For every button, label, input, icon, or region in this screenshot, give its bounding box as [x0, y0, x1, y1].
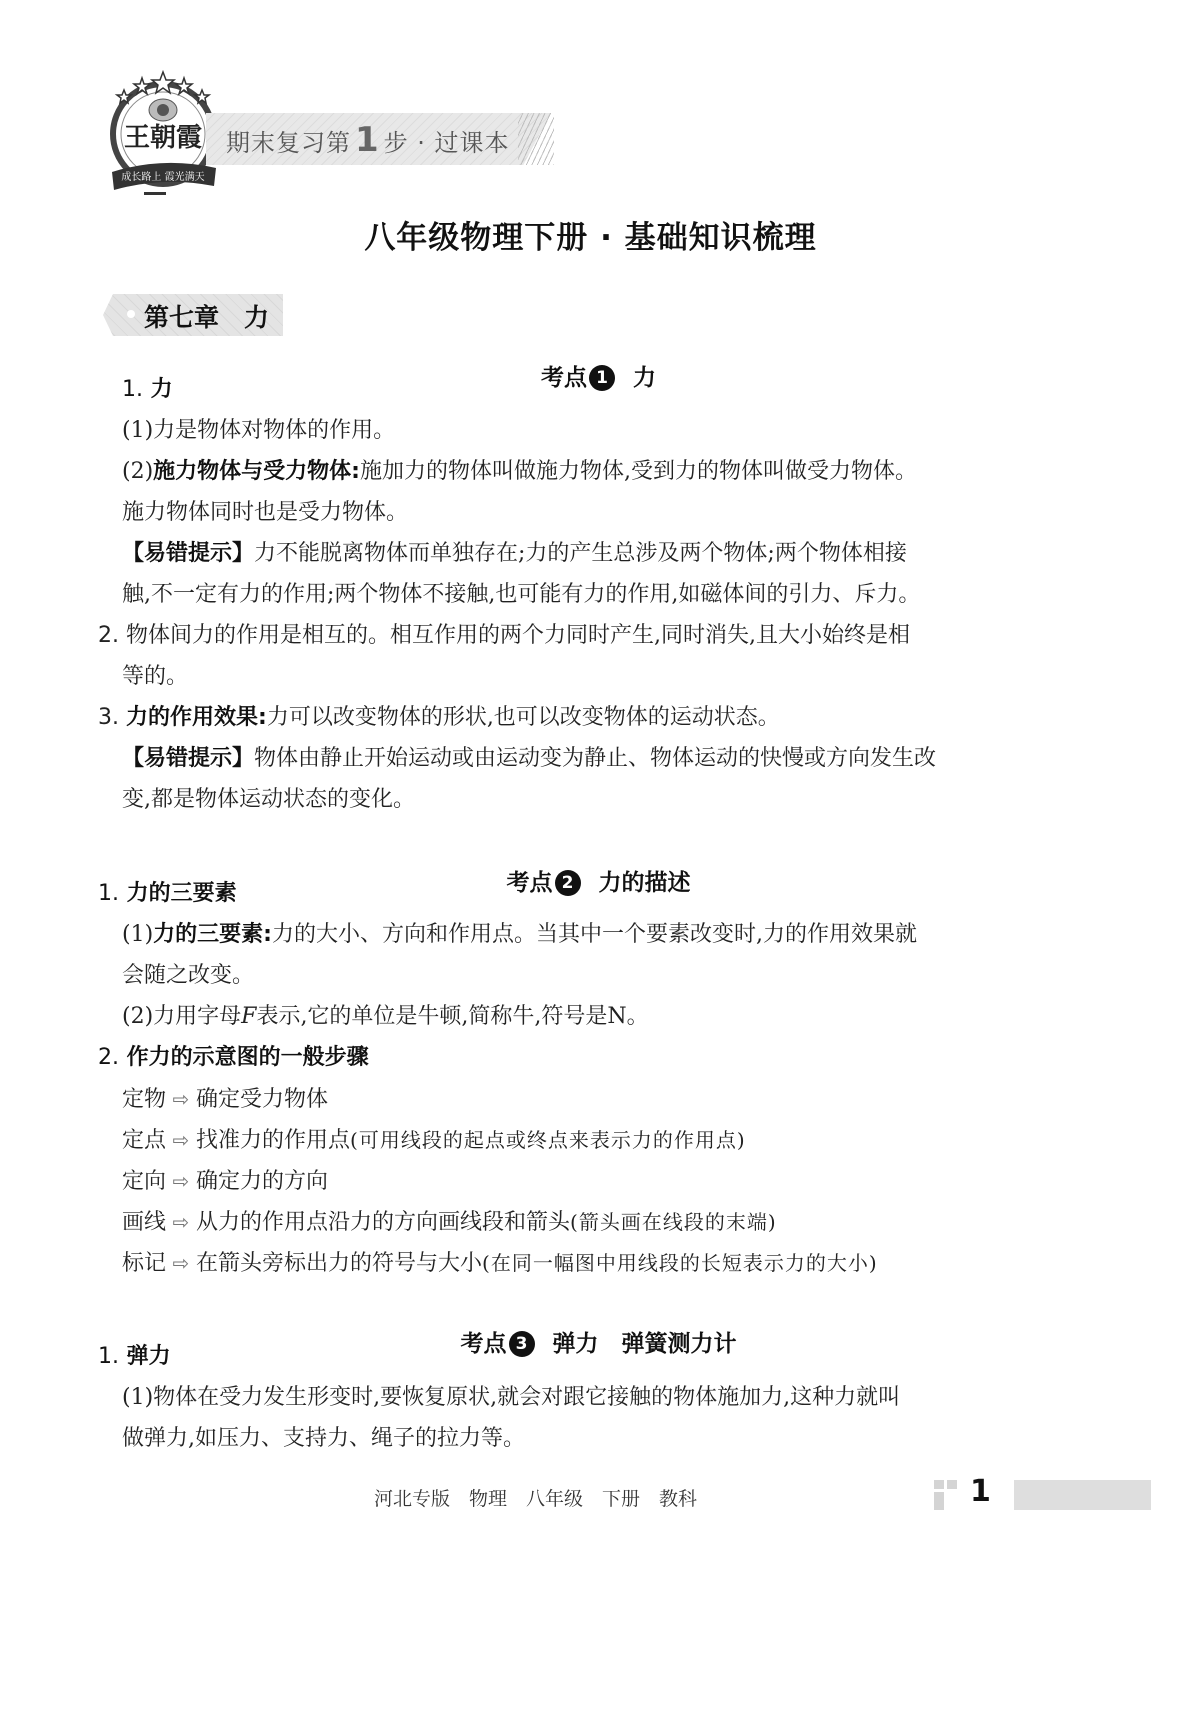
step-row: 定点⇨找准力的作用点(可用线段的起点或终点来表示力的作用点)	[122, 1125, 746, 1156]
item-number: 1.	[122, 377, 143, 402]
kaodian-title: 力的描述	[599, 870, 691, 896]
step-note: (在同一幅图中用线段的长短表示力的大小)	[482, 1251, 878, 1275]
brand-badge-icon: 王朝霞 成长路上 霞光满天	[104, 70, 222, 200]
step-name: 定物	[122, 1087, 166, 1112]
numbered-paragraph: 3. 力的作用效果:力可以改变物体的形状,也可以改变物体的运动状态。	[98, 703, 780, 733]
decor-square	[934, 1480, 944, 1489]
decor-bar	[1014, 1480, 1151, 1510]
step-action: 在箭头旁标出力的符号与大小	[196, 1251, 482, 1276]
banner-suffix: 步 · 过课本	[384, 129, 510, 157]
heading-item: 1. 力的三要素	[98, 879, 237, 909]
para-text: 力可以改变物体的形状,也可以改变物体的运动状态。	[267, 705, 780, 730]
tag-hole-icon	[127, 310, 135, 318]
para-text: 物体间力的作用是相互的。相互作用的两个力同时产生,同时消失,且大小始终是相	[126, 623, 910, 648]
bold-term: 施力物体与受力物体:	[153, 459, 360, 484]
number-badge-icon: 1	[589, 365, 615, 391]
tip-label: 【易错提示】	[122, 746, 254, 771]
number-badge-icon: 3	[509, 1331, 535, 1357]
para-lead: (2)	[122, 459, 153, 484]
paragraph-continued: 等的。	[122, 662, 188, 692]
brand-logo: 王朝霞 成长路上 霞光满天	[104, 70, 222, 200]
bold-term: 力的作用效果:	[126, 705, 267, 730]
step-row: 定向⇨确定力的方向	[122, 1166, 328, 1197]
paragraph: (1)物体在受力发生形变时,要恢复原状,就会对跟它接触的物体施加力,这种力就叫	[122, 1383, 900, 1413]
para-text: 表示,它的单位是牛顿,简称牛,符号是N。	[256, 1004, 648, 1029]
tip-text: 力不能脱离物体而单独存在;力的产生总涉及两个物体;两个物体相接	[254, 541, 907, 566]
error-tip: 【易错提示】力不能脱离物体而单独存在;力的产生总涉及两个物体;两个物体相接	[122, 539, 907, 569]
paragraph: (1)力的三要素:力的大小、方向和作用点。当其中一个要素改变时,力的作用效果就	[122, 920, 917, 950]
decor-square	[934, 1492, 944, 1510]
heading-item: 1. 弹力	[98, 1342, 171, 1372]
step-action: 找准力的作用点	[196, 1128, 350, 1153]
paragraph: (1)力是物体对物体的作用。	[122, 416, 395, 446]
step-row: 标记⇨在箭头旁标出力的符号与大小(在同一幅图中用线段的长短表示力的大小)	[122, 1248, 878, 1279]
paragraph-continued: 触,不一定有力的作用;两个物体不接触,也可能有力的作用,如磁体间的引力、斥力。	[122, 580, 920, 610]
item-number: 3.	[98, 705, 119, 730]
item-heading-text: 力	[151, 377, 173, 402]
double-arrow-icon: ⇨	[166, 1207, 196, 1237]
step-row: 画线⇨从力的作用点沿力的方向画线段和箭头(箭头画在线段的末端)	[122, 1207, 777, 1238]
svg-text:王朝霞: 王朝霞	[124, 123, 202, 153]
banner-prefix: 期末复习第	[226, 129, 351, 157]
double-arrow-icon: ⇨	[166, 1248, 196, 1278]
item-number: 2.	[98, 623, 119, 648]
item-number: 1.	[98, 881, 119, 906]
paragraph-continued: 施力物体同时也是受力物体。	[122, 498, 408, 528]
tip-label: 【易错提示】	[122, 541, 254, 566]
banner-decoration	[518, 113, 554, 165]
kaodian-title: 力	[633, 365, 656, 391]
kaodian-prefix: 考点	[541, 365, 587, 391]
step-name: 标记	[122, 1251, 166, 1276]
para-text: (2)力用字母	[122, 1004, 241, 1029]
heading-item: 1. 力	[122, 375, 173, 405]
step-action: 确定受力物体	[196, 1087, 328, 1112]
paragraph-continued: 做弹力,如压力、支持力、绳子的拉力等。	[122, 1424, 525, 1454]
step-action: 从力的作用点沿力的方向画线段和箭头	[196, 1210, 570, 1235]
chapter-label: 第七章 力	[144, 298, 269, 334]
force-symbol: F	[241, 1004, 256, 1029]
double-arrow-icon: ⇨	[166, 1084, 196, 1114]
step-row: 定物⇨确定受力物体	[122, 1084, 328, 1115]
step-action: 确定力的方向	[196, 1169, 328, 1194]
para-text: 施加力的物体叫做施力物体,受到力的物体叫做受力物体。	[360, 459, 917, 484]
number-badge-icon: 2	[555, 870, 581, 896]
item-number: 1.	[98, 1344, 119, 1369]
error-tip: 【易错提示】物体由静止开始运动或由运动变为静止、物体运动的快慢或方向发生改	[122, 744, 936, 774]
kaodian-prefix: 考点	[461, 1331, 507, 1357]
kaodian-heading-3: 考点3 弹力 弹簧测力计	[0, 1299, 1181, 1358]
page-number-box: 1	[934, 1480, 1085, 1510]
step-note: (箭头画在线段的末端)	[570, 1210, 777, 1234]
footer-edition: 河北专版 物理 八年级 下册 教科	[374, 1484, 697, 1511]
double-arrow-icon: ⇨	[166, 1166, 196, 1196]
item-heading-text: 作力的示意图的一般步骤	[127, 1045, 369, 1070]
tip-text: 物体由静止开始运动或由运动变为静止、物体运动的快慢或方向发生改	[254, 746, 936, 771]
paragraph: (2)施力物体与受力物体:施加力的物体叫做施力物体,受到力的物体叫做受力物体。	[122, 457, 917, 487]
banner-step-number: 1	[355, 120, 380, 160]
kaodian-heading-1: 考点1 力	[0, 333, 1181, 392]
para-lead: (1)	[122, 922, 153, 947]
item-number: 2.	[98, 1045, 119, 1070]
step-name: 定向	[122, 1169, 166, 1194]
decor-square	[947, 1480, 957, 1489]
step-name: 画线	[122, 1210, 166, 1235]
kaodian-title: 弹力 弹簧测力计	[553, 1331, 737, 1357]
heading-item: 2. 作力的示意图的一般步骤	[98, 1043, 369, 1073]
step-name: 定点	[122, 1128, 166, 1153]
banner-title: 期末复习第1步 · 过课本	[226, 120, 510, 160]
kaodian-prefix: 考点	[507, 870, 553, 896]
para-text: 力的大小、方向和作用点。当其中一个要素改变时,力的作用效果就	[272, 922, 917, 947]
svg-text:成长路上 霞光满天: 成长路上 霞光满天	[121, 170, 204, 183]
page-number: 1	[970, 1474, 991, 1509]
step-note: (可用线段的起点或终点来表示力的作用点)	[350, 1128, 746, 1152]
paragraph-continued: 变,都是物体运动状态的变化。	[122, 785, 415, 815]
numbered-paragraph: 2. 物体间力的作用是相互的。相互作用的两个力同时产生,同时消失,且大小始终是相	[98, 621, 910, 651]
double-arrow-icon: ⇨	[166, 1125, 196, 1155]
bold-term: 力的三要素:	[153, 922, 272, 947]
paragraph: (2)力用字母F表示,它的单位是牛顿,简称牛,符号是N。	[122, 1002, 649, 1032]
item-heading-text: 弹力	[127, 1344, 171, 1369]
item-heading-text: 力的三要素	[127, 881, 237, 906]
paragraph-continued: 会随之改变。	[122, 961, 254, 991]
page-title: 八年级物理下册 · 基础知识梳理	[0, 212, 1181, 257]
